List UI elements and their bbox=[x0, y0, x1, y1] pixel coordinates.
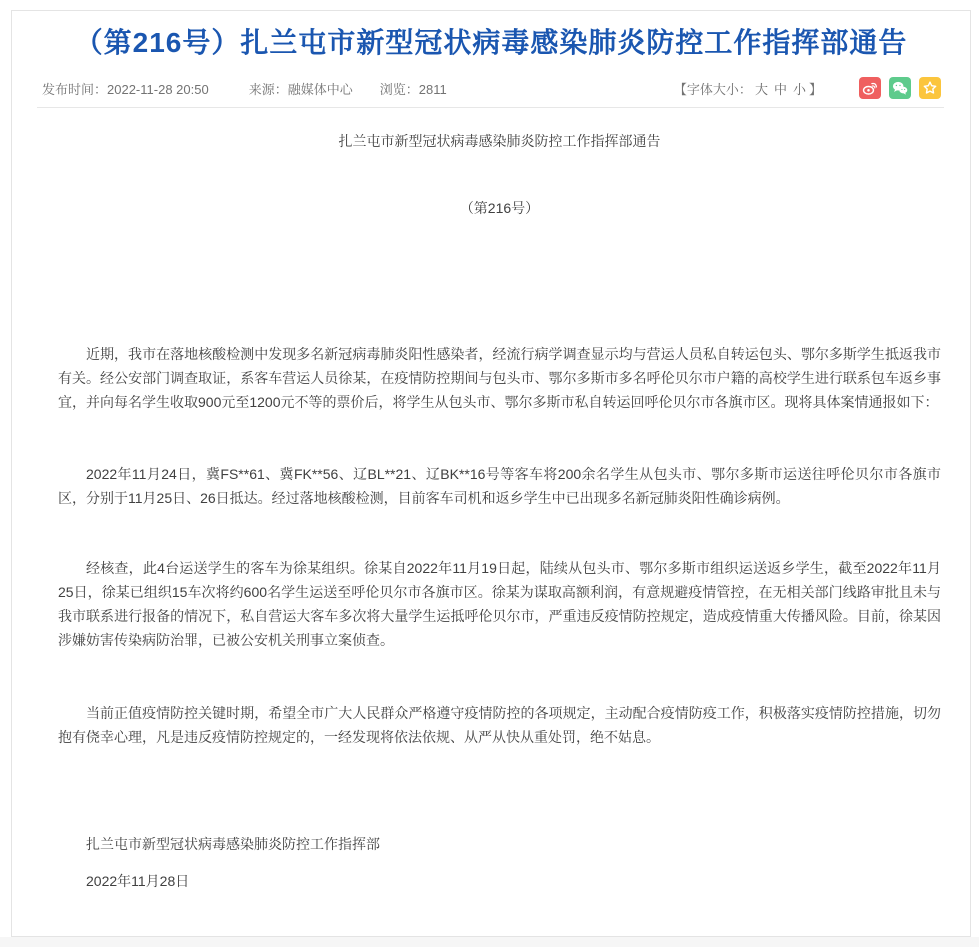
share-buttons bbox=[859, 77, 941, 99]
view-count-value: 2811 bbox=[419, 82, 447, 97]
publish-time-label: 发布时间： bbox=[42, 82, 107, 97]
signature-date: 2022年11月28日 bbox=[58, 869, 941, 893]
article-paragraph: 当前正值疫情防控关键时期，希望全市广大人民群众严格遵守疫情防控的各项规定，主动配… bbox=[58, 701, 941, 749]
source-label: 来源： bbox=[249, 82, 288, 97]
font-size-small-button[interactable]: 小 bbox=[793, 82, 806, 97]
font-size-prefix: 【字体大小： bbox=[674, 82, 752, 97]
meta-divider bbox=[37, 107, 944, 108]
weibo-icon bbox=[861, 79, 879, 97]
source: 来源：融媒体中心 bbox=[249, 79, 353, 98]
article-body: 扎兰屯市新型冠状病毒感染肺炎防控工作指挥部通告 （第216号） 近期，我市在落地… bbox=[12, 129, 970, 938]
view-count-label: 浏览： bbox=[380, 82, 419, 97]
font-size-medium-button[interactable]: 中 bbox=[774, 82, 787, 97]
font-size-large-button[interactable]: 大 bbox=[755, 82, 768, 97]
article-paragraph: 近期，我市在落地核酸检测中发现多名新冠病毒肺炎阳性感染者，经流行病学调查显示均与… bbox=[58, 342, 941, 414]
notice-page: （第216号）扎兰屯市新型冠状病毒感染肺炎防控工作指挥部通告 发布时间：2022… bbox=[0, 0, 979, 947]
source-value: 融媒体中心 bbox=[288, 82, 353, 97]
article-container: （第216号）扎兰屯市新型冠状病毒感染肺炎防控工作指挥部通告 发布时间：2022… bbox=[11, 10, 971, 937]
font-size-suffix: 】 bbox=[809, 82, 822, 97]
publish-time: 发布时间：2022-11-28 20:50 bbox=[42, 79, 209, 98]
page-footer-strip bbox=[0, 937, 979, 947]
page-title: （第216号）扎兰屯市新型冠状病毒感染肺炎防控工作指挥部通告 bbox=[12, 26, 970, 60]
publish-time-value: 2022-11-28 20:50 bbox=[107, 82, 209, 97]
article-meta-bar: 发布时间：2022-11-28 20:50 来源：融媒体中心 浏览：2811 【… bbox=[12, 76, 970, 100]
signature-organization: 扎兰屯市新型冠状病毒感染肺炎防控工作指挥部 bbox=[58, 832, 941, 856]
article-heading: 扎兰屯市新型冠状病毒感染肺炎防控工作指挥部通告 bbox=[58, 129, 941, 153]
article-paragraph: 2022年11月24日，冀FS**61、冀FK**56、辽BL**21、辽BK*… bbox=[58, 462, 941, 510]
favorite-button[interactable] bbox=[919, 77, 941, 99]
wechat-share-button[interactable] bbox=[889, 77, 911, 99]
article-paragraph: 经核查，此4台运送学生的客车为徐某组织。徐某自2022年11月19日起，陆续从包… bbox=[58, 556, 941, 652]
wechat-icon bbox=[891, 79, 909, 97]
favorite-star-icon bbox=[921, 79, 939, 97]
view-count: 浏览：2811 bbox=[380, 79, 447, 98]
weibo-share-button[interactable] bbox=[859, 77, 881, 99]
font-size-control: 【字体大小：大中小】 bbox=[674, 79, 822, 98]
article-doc-number: （第216号） bbox=[58, 196, 941, 220]
